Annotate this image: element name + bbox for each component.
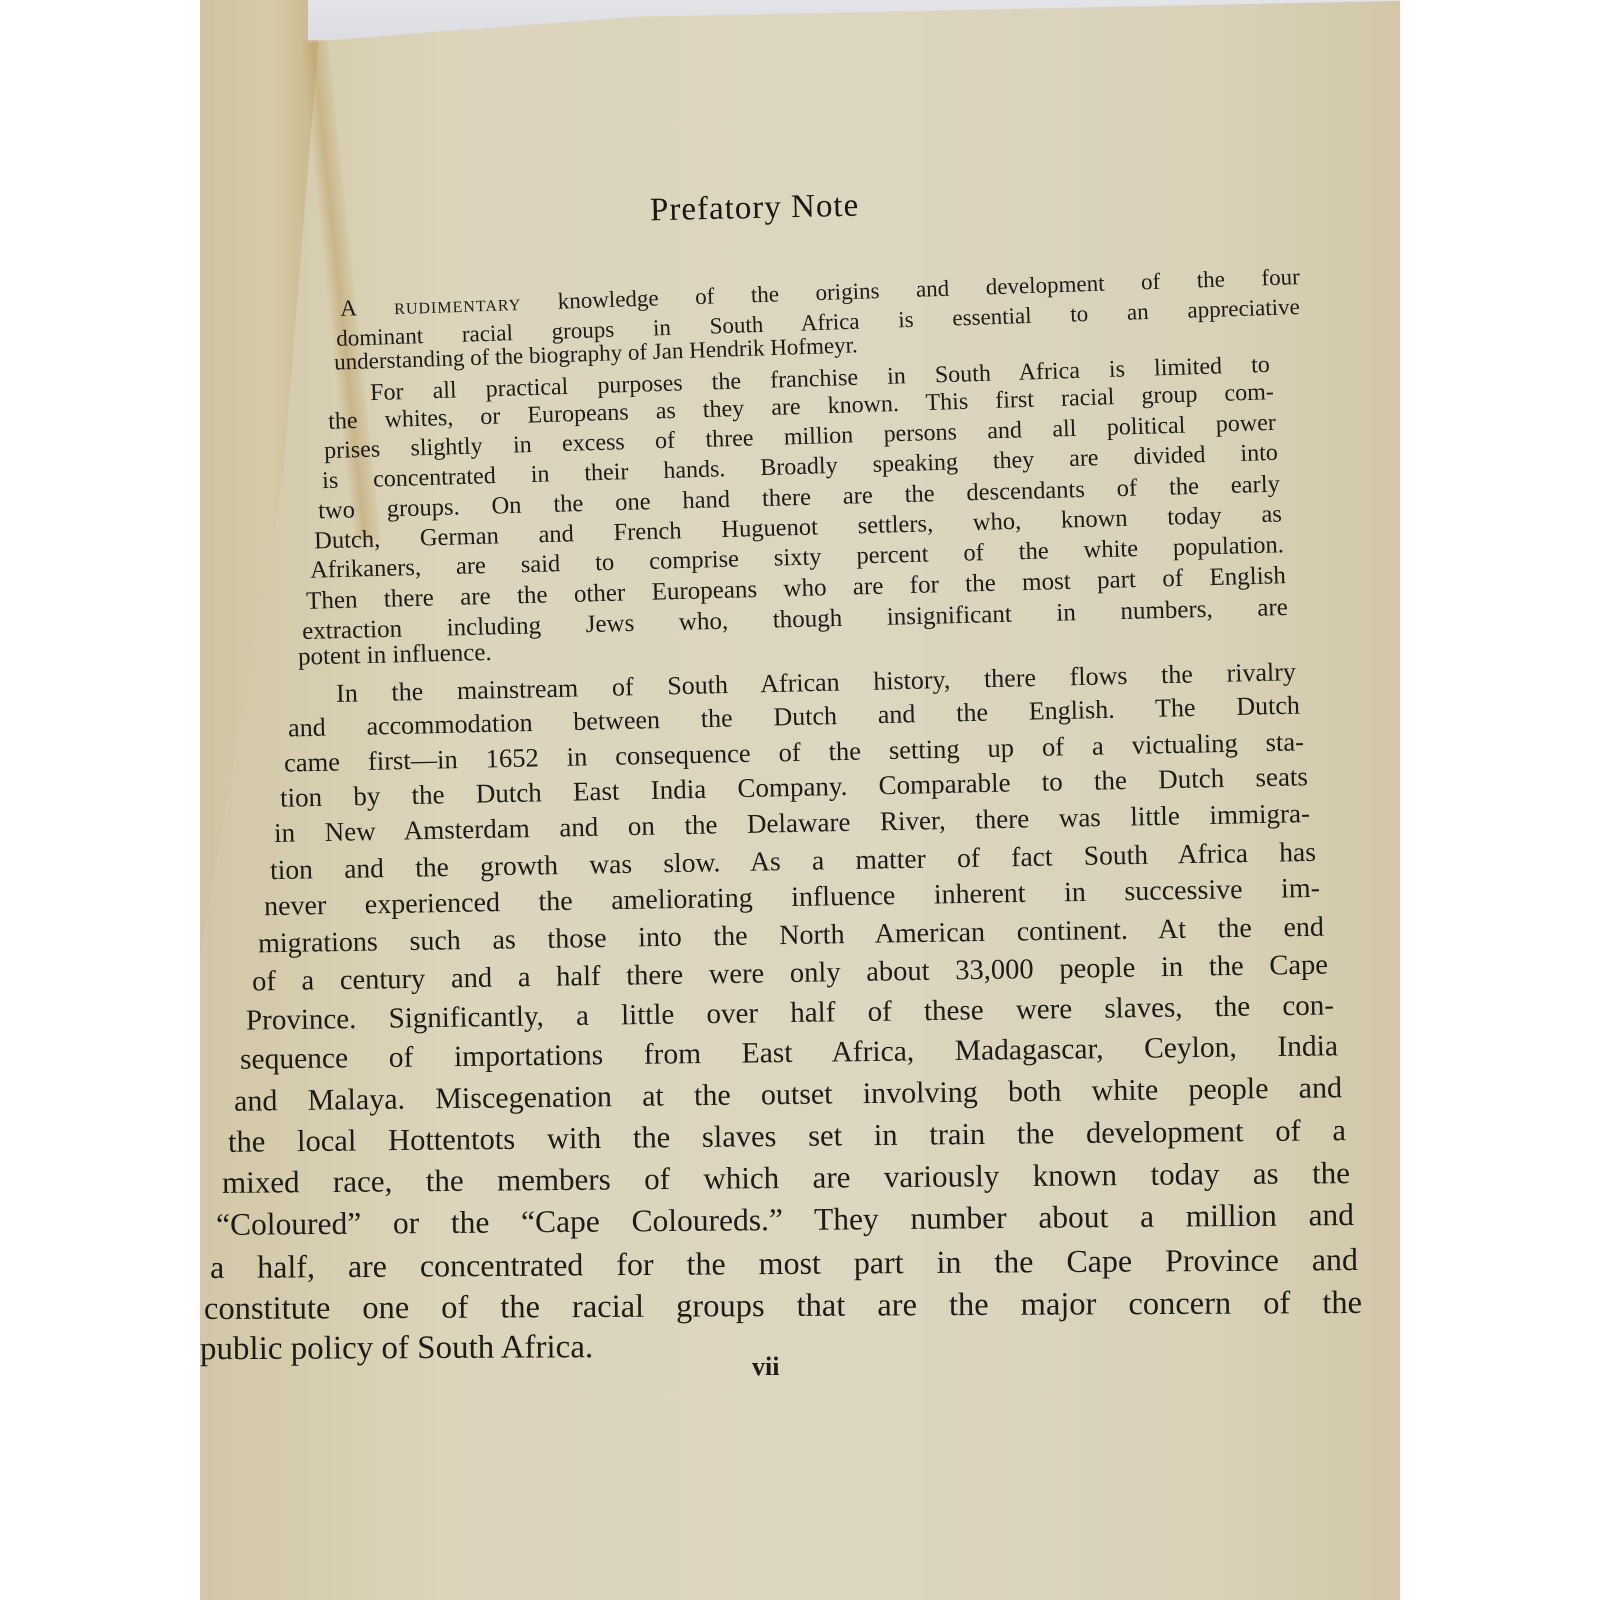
text-line: “Coloured” or the “Cape Coloureds.” They…: [216, 1197, 1354, 1243]
text-line: the local Hottentots with the slaves set…: [228, 1113, 1346, 1160]
text-line: mixed race, the members of which are var…: [222, 1155, 1350, 1201]
text-line: public policy of South Africa.: [200, 1329, 680, 1369]
text-line: Province. Significantly, a little over h…: [246, 989, 1334, 1037]
text-line: and Malaya. Miscegenation at the outset …: [234, 1071, 1342, 1119]
book-page: Prefatory Note A rudimentary knowledge o…: [200, 0, 1400, 1600]
text-line: sequence of importations from East Afric…: [240, 1030, 1338, 1076]
page-title: Prefatory Note: [650, 188, 860, 230]
lead-smallcaps: A rudimentary: [340, 290, 522, 321]
text-line: potent in influence.: [298, 636, 599, 671]
text-line: a half, are concentrated for the most pa…: [210, 1241, 1358, 1286]
text-line: constitute one of the racial groups that…: [204, 1285, 1362, 1328]
book-photo: Prefatory Note A rudimentary knowledge o…: [200, 0, 1400, 1600]
page-number: vii: [752, 1352, 779, 1382]
